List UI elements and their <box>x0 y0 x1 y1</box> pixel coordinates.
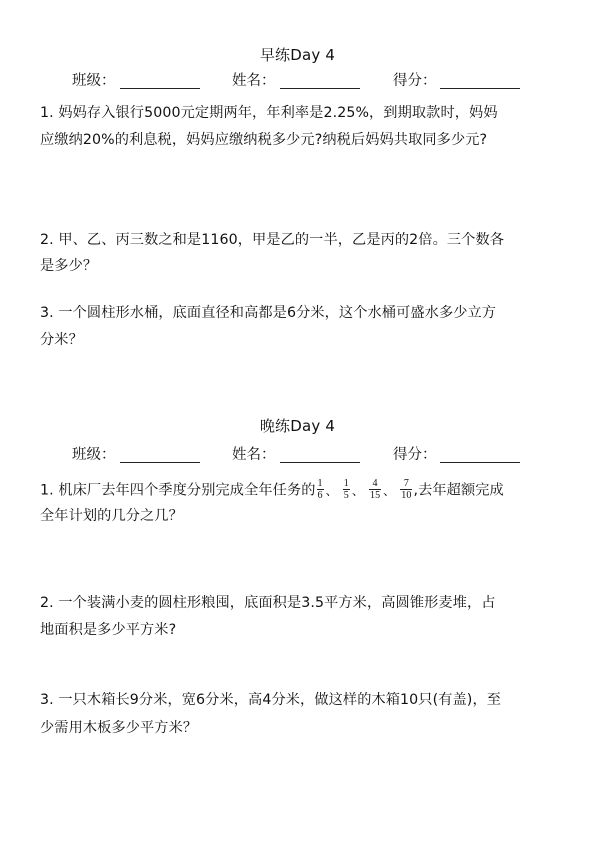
name-label: 姓名： <box>232 446 276 464</box>
question-suffix: ,去年超额完成 <box>413 483 503 499</box>
class-label: 班级： <box>72 446 116 464</box>
question-text-line: 分米？ <box>40 331 560 349</box>
morning-title: 早练Day 4 <box>0 46 595 64</box>
question-text-line: 2. 甲、乙、丙三数之和是1160，甲是乙的一半，乙是丙的2倍。三个数各 <box>40 231 560 249</box>
fraction-numerator: 1 <box>317 478 324 490</box>
fraction-numerator: 7 <box>400 478 412 490</box>
fraction-denominator: 10 <box>400 490 412 501</box>
name-label: 姓名： <box>232 72 276 90</box>
question-text-line: 1. 妈妈存入银行5000元定期两年，年利率是2.25%，到期取款时，妈妈 <box>40 104 560 122</box>
question-text-line: 是多少？ <box>40 257 560 275</box>
fraction-denominator: 15 <box>369 490 381 501</box>
fraction-numerator: 4 <box>369 478 381 490</box>
separator: 、 <box>383 484 395 498</box>
name-field[interactable] <box>280 88 360 89</box>
separator: 、 <box>352 484 364 498</box>
fraction: 15 <box>343 478 350 501</box>
fraction-denominator: 5 <box>343 490 350 501</box>
fraction: 16 <box>317 478 324 501</box>
question-text-line: 地面积是多少平方米? <box>40 621 560 639</box>
name-field[interactable] <box>280 462 360 463</box>
question-text-line: 少需用木板多少平方米？ <box>40 719 560 737</box>
score-label: 得分： <box>393 446 437 464</box>
question-text-line: 应缴纳20%的利息税，妈妈应缴纳税多少元?纳税后妈妈共取同多少元? <box>40 131 560 149</box>
evening-title: 晚练Day 4 <box>0 417 595 435</box>
score-label: 得分： <box>393 72 437 90</box>
question-text-line: 3. 一只木箱长9分米，宽6分米，高4分米，做这样的木箱10只(有盖)，至 <box>40 691 560 709</box>
question-text-line: 2. 一个装满小麦的圆柱形粮囤，底面积是3.5平方米，高圆锥形麦堆，占 <box>40 594 560 612</box>
fraction-numerator: 1 <box>343 478 350 490</box>
question-text-line: 1. 机床厂去年四个季度分别完成全年任务的16、15、415、710,去年超额完… <box>40 479 560 502</box>
fraction-denominator: 6 <box>317 490 324 501</box>
separator: 、 <box>326 484 338 498</box>
class-field[interactable] <box>120 88 200 89</box>
class-label: 班级： <box>72 72 116 90</box>
question-prefix: 1. 机床厂去年四个季度分别完成全年任务的 <box>40 483 316 499</box>
fraction: 415 <box>369 478 381 501</box>
class-field[interactable] <box>120 462 200 463</box>
score-field[interactable] <box>440 462 520 463</box>
fraction: 710 <box>400 478 412 501</box>
question-text-line: 全年计划的几分之几？ <box>40 507 560 525</box>
question-text-line: 3. 一个圆柱形水桶，底面直径和高都是6分米，这个水桶可盛水多少立方 <box>40 304 560 322</box>
score-field[interactable] <box>440 88 520 89</box>
